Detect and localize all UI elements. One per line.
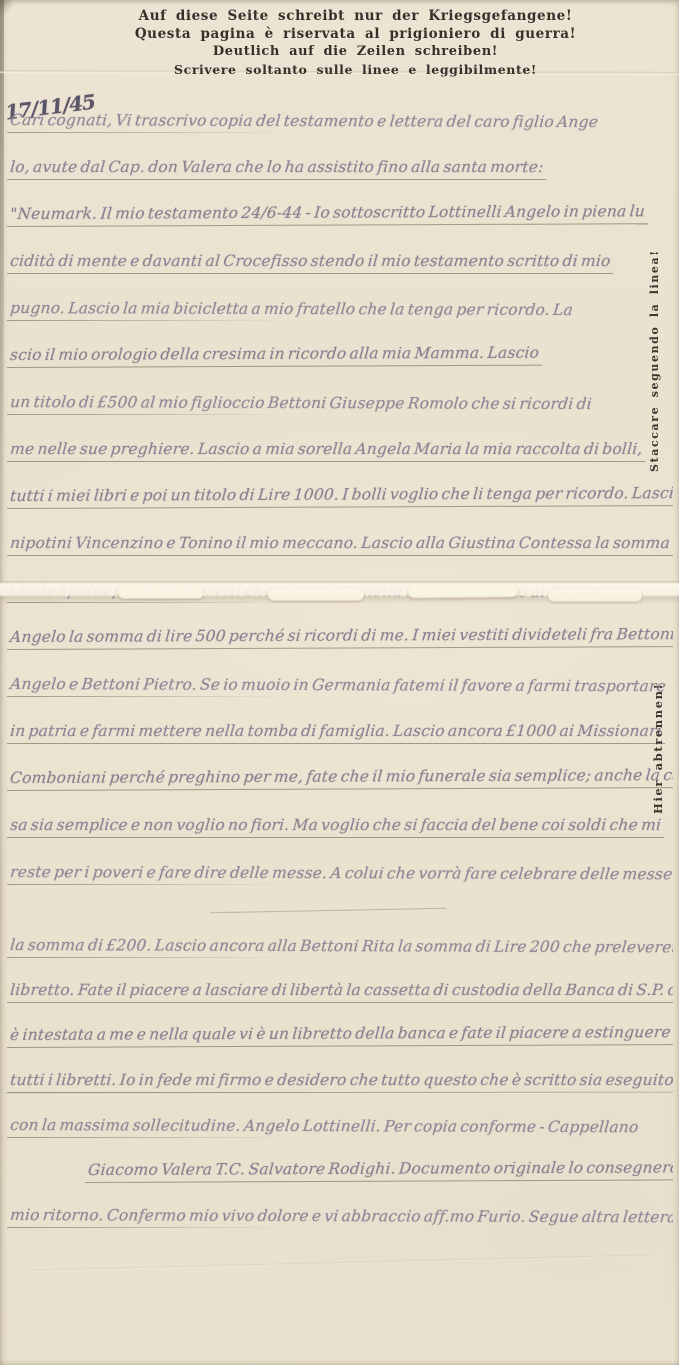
line-text: in patria e farmi mettere nella tomba di… [7, 721, 667, 744]
line-text: con la massima sollecitudine. Angelo Lot… [7, 1115, 643, 1138]
handwritten-line: lo, avute dal Cap. don Valera che lo ha … [7, 133, 673, 180]
line-text: mio ritorno. Confermo mio vivo dolore e … [7, 1205, 673, 1228]
header-line-german-2: Deutlich auf die Zeilen schreiben! [32, 43, 679, 61]
handwritten-letter: Cari cognati, Vi trascrivo copia del tes… [7, 86, 673, 1228]
handwritten-line: un titolo di £500 al mio figlioccio Bett… [7, 368, 673, 415]
handwritten-line: nipotini Vincenzino e Tonino il mio mecc… [7, 509, 673, 556]
pow-letter-page: Auf diese Seite schreibt nur der Kriegsg… [0, 0, 679, 1365]
handwritten-line: "Neumark. Il mio testamento 24/6-44 - Io… [7, 180, 673, 227]
handwritten-line: scio il mio orologio della cresima in ri… [7, 321, 673, 368]
header-line-italian-2: Scrivere soltanto sulle linee e leggibil… [32, 61, 679, 79]
handwritten-line: è intestata a me e nella quale vi è un l… [7, 1003, 673, 1048]
line-text: tutti i libretti. Io in fede mi firmo e … [7, 1070, 673, 1093]
handwritten-line: pugno. Lascio la mia bicicletta a mio fr… [7, 274, 673, 321]
line-text: Comboniani perché preghino per me, fate … [7, 765, 673, 791]
bottom-crease [30, 1254, 650, 1271]
handwritten-line: la somma di £200. Lascio ancora alla Bet… [7, 913, 673, 958]
handwritten-line: Angelo la somma di lire 500 perché si ri… [7, 603, 673, 650]
handwritten-line: Giacomo Valera T.C. Salvatore Rodighi. D… [7, 1138, 673, 1183]
line-text: "Neumark. Il mio testamento 24/6-44 - Io… [7, 201, 650, 227]
tape-repair [408, 584, 518, 598]
handwritten-line: libretto. Fate il piacere a lasciare di … [7, 958, 673, 1003]
line-text: tutti i miei libri e poi un titolo di Li… [7, 483, 673, 509]
line-text: nipotini Vincenzino e Tonino il mio mecc… [7, 533, 673, 556]
line-text: un titolo di £500 al mio figlioccio Bett… [7, 392, 597, 415]
form-header: Auf diese Seite schreibt nur der Kriegsg… [0, 7, 679, 79]
header-line-german-1: Auf diese Seite schreibt nur der Kriegsg… [32, 7, 679, 25]
line-text: scio il mio orologio della cresima in ri… [7, 343, 544, 368]
handwritten-line: Angelo e Bettoni Pietro. Se io muoio in … [7, 650, 673, 697]
line-text: la somma di £200. Lascio ancora alla Bet… [7, 935, 673, 958]
paper-edge-shadow [0, 0, 4, 560]
tape-repair [548, 589, 642, 602]
tear-note-italian: Staccare seguendo la linea! [648, 249, 661, 472]
line-text: Cari cognati, Vi trascrivo copia del tes… [7, 110, 603, 133]
handwritten-line: Comboniani perché preghino per me, fate … [7, 744, 673, 791]
line-text: pugno. Lascio la mia bicicletta a mio fr… [7, 298, 578, 321]
handwritten-line: tutti i miei libri e poi un titolo di Li… [7, 462, 673, 509]
tear-note-german: Hier abtrennen! [651, 683, 665, 814]
header-line-italian-1: Questa pagina è riservata al prigioniero… [32, 25, 679, 43]
handwritten-line: cidità di mente e davanti al Crocefisso … [7, 227, 673, 274]
handwritten-line: con la massima sollecitudine. Angelo Lot… [7, 1093, 673, 1138]
handwritten-line: reste per i poveri e fare dire delle mes… [7, 838, 673, 885]
line-text: libretto. Fate il piacere a lasciare di … [7, 980, 673, 1003]
handwritten-line: me nelle sue preghiere. Lascio a mia sor… [7, 415, 673, 462]
line-text: è intestata a me e nella quale vi è un l… [7, 1022, 673, 1048]
tape-repair [118, 586, 204, 599]
handwritten-line: sa sia semplice e non voglio no fiori. M… [7, 791, 673, 838]
handwritten-line: Cari cognati, Vi trascrivo copia del tes… [7, 86, 673, 133]
line-text: cidità di mente e davanti al Crocefisso … [7, 251, 615, 274]
line-text: lo, avute dal Cap. don Valera che lo ha … [7, 157, 548, 180]
handwritten-line: tutti i libretti. Io in fede mi firmo e … [7, 1048, 673, 1093]
line-text: Giacomo Valera T.C. Salvatore Rodighi. D… [85, 1157, 673, 1183]
handwritten-line: in patria e farmi mettere nella tomba di… [7, 697, 673, 744]
line-text: me nelle sue preghiere. Lascio a mia sor… [7, 439, 647, 462]
line-text: Angelo e Bettoni Pietro. Se io muoio in … [7, 674, 671, 697]
tape-repair [268, 588, 364, 601]
line-text: reste per i poveri e fare dire delle mes… [7, 862, 673, 885]
line-text: Angelo la somma di lire 500 perché si ri… [7, 624, 673, 650]
line-text: sa sia semplice e non voglio no fiori. M… [7, 815, 666, 838]
handwritten-line: mio ritorno. Confermo mio vivo dolore e … [7, 1183, 673, 1228]
